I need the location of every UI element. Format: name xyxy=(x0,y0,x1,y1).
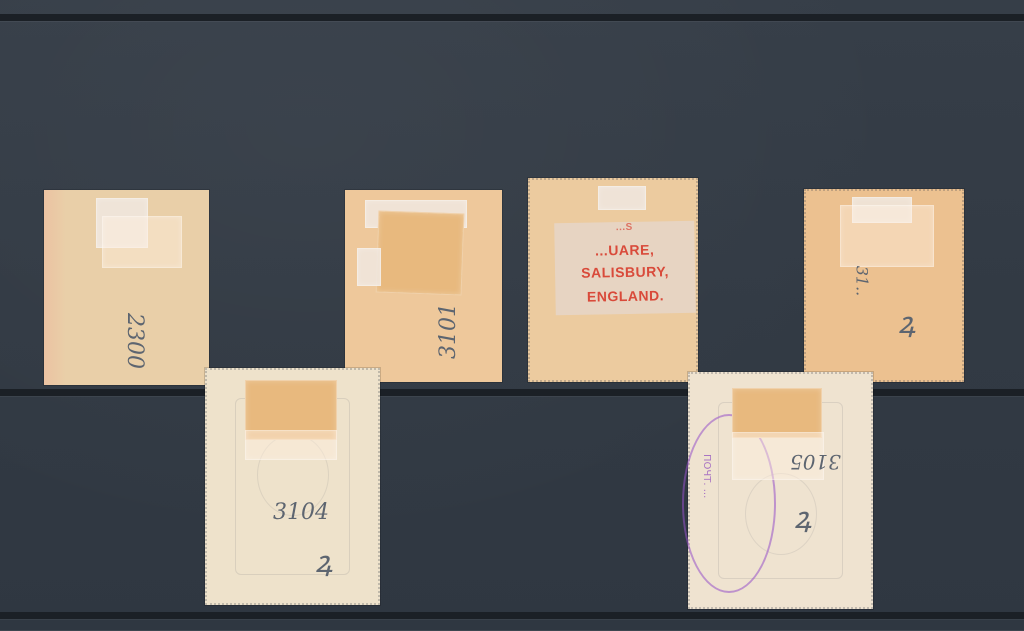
pencil-mark: ꝝ xyxy=(794,504,811,534)
stamp-back-6: ПОЧТ. ... 3105 ꝝ xyxy=(688,372,873,609)
label-line: ...UARE, xyxy=(555,241,695,259)
label-line: ENGLAND. xyxy=(555,287,695,305)
printed-dealer-label: ...S ...UARE, SALISBURY, ENGLAND. xyxy=(554,221,696,315)
hinge xyxy=(376,211,465,296)
stamp-back-4: 31.. ꝝ xyxy=(804,189,964,382)
stamp-back-2: 3101 xyxy=(345,190,502,382)
hinge xyxy=(598,186,646,210)
hinge xyxy=(102,216,182,268)
label-line: ...S xyxy=(554,221,694,234)
stamp-back-1: 2300 xyxy=(44,190,209,385)
stamp-back-3: ...S ...UARE, SALISBURY, ENGLAND. xyxy=(528,178,698,382)
pencil-note: 2300 xyxy=(123,313,145,369)
hinge xyxy=(357,248,381,286)
postmark-text: ПОЧТ. ... xyxy=(701,454,712,498)
pencil-note: 3104 xyxy=(273,502,329,524)
stockbook-page: 2300 3101 ...S ...UARE, SALISBURY, ENGLA… xyxy=(0,0,1024,631)
stamp-back-5: 3104 ꝝ xyxy=(205,368,380,605)
hinge xyxy=(840,205,934,267)
pencil-note: 3105 xyxy=(790,452,841,472)
pencil-mark: ꝝ xyxy=(315,548,332,578)
pencil-note: 3101 xyxy=(438,303,460,359)
stockbook-strip xyxy=(0,14,1024,21)
pencil-mark: ꝝ xyxy=(898,309,915,339)
stockbook-strip xyxy=(0,612,1024,619)
hinge xyxy=(245,430,337,460)
pencil-note: 31.. xyxy=(853,266,869,297)
hinge xyxy=(732,388,822,438)
label-line: SALISBURY, xyxy=(555,263,695,281)
